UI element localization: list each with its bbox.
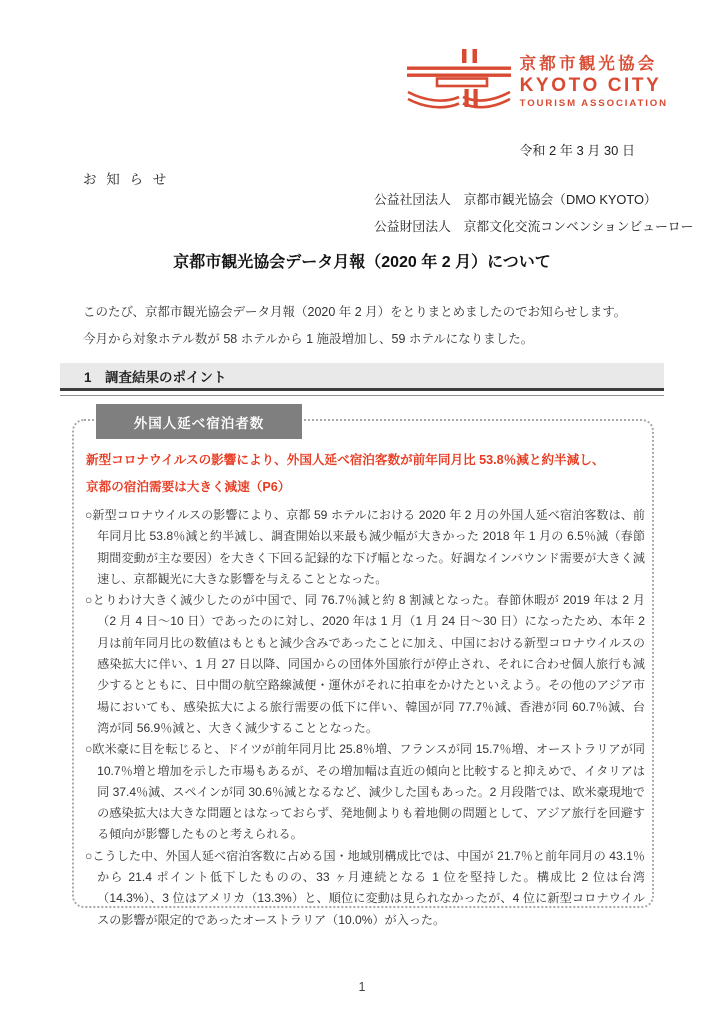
organization-line: 公益財団法人 京都文化交流コンベンションビューロー <box>374 213 693 240</box>
logo-name-ja: 京都市観光協会 <box>520 56 668 74</box>
page-number: 1 <box>0 980 724 994</box>
kyoto-logo-icon <box>407 48 511 110</box>
section-heading-text: 1 調査結果のポイント <box>84 366 227 386</box>
body-paragraph: ○こうした中、外国人延べ宿泊客数に占める国・地域別構成比では、中国が 21.7％… <box>85 846 645 931</box>
body-paragraph: ○新型コロナウイルスの影響により、京都 59 ホテルにおける 2020 年 2 … <box>85 505 645 590</box>
highlight-box-label: 外国人延べ宿泊者数 <box>96 404 302 439</box>
section-underline <box>60 395 664 396</box>
organization-line: 公益社団法人 京都市観光協会（DMO KYOTO） <box>374 186 693 213</box>
highlight-paragraphs: ○新型コロナウイルスの影響により、京都 59 ホテルにおける 2020 年 2 … <box>85 505 645 931</box>
body-paragraph: ○欧米豪に目を転じると、ドイツが前年同月比 25.8％増、フランスが同 15.7… <box>85 739 645 845</box>
intro-line: 今月から対象ホテル数が 58 ホテルから 1 施設増加し、59 ホテルになりまし… <box>83 326 643 353</box>
kyoto-tourism-logo: 京都市観光協会 KYOTO CITY TOURISM ASSOCIATION <box>407 48 668 110</box>
highlight-headline-line: 京都の宿泊需要は大きく減速（P6） <box>86 474 645 501</box>
logo-name-en-1: KYOTO CITY <box>520 76 668 97</box>
notice-label: お 知 ら せ <box>83 168 169 188</box>
highlight-headline: 新型コロナウイルスの影響により、外国人延べ宿泊客数が前年同月比 53.8％減と約… <box>86 447 645 501</box>
page-title: 京都市観光協会データ月報（2020 年 2 月）について <box>0 249 724 272</box>
document-page: 京都市観光協会 KYOTO CITY TOURISM ASSOCIATION 令… <box>0 0 724 1024</box>
section-heading: 1 調査結果のポイント <box>60 363 664 391</box>
highlight-headline-line: 新型コロナウイルスの影響により、外国人延べ宿泊客数が前年同月比 53.8％減と約… <box>86 447 645 474</box>
highlight-box: 外国人延べ宿泊者数 新型コロナウイルスの影響により、外国人延べ宿泊客数が前年同月… <box>72 419 654 908</box>
document-date: 令和 2 年 3 月 30 日 <box>519 140 635 159</box>
intro-line: このたび、京都市観光協会データ月報（2020 年 2 月）をとりまとめましたので… <box>83 299 643 326</box>
body-paragraph: ○とりわけ大きく減少したのが中国で、同 76.7％減と約 8 割減となった。春節… <box>85 590 645 739</box>
logo-text: 京都市観光協会 KYOTO CITY TOURISM ASSOCIATION <box>520 56 668 110</box>
logo-name-en-2: TOURISM ASSOCIATION <box>520 99 668 109</box>
organization-block: 公益社団法人 京都市観光協会（DMO KYOTO） 公益財団法人 京都文化交流コ… <box>374 186 693 240</box>
intro-paragraph: このたび、京都市観光協会データ月報（2020 年 2 月）をとりまとめましたので… <box>83 299 643 352</box>
